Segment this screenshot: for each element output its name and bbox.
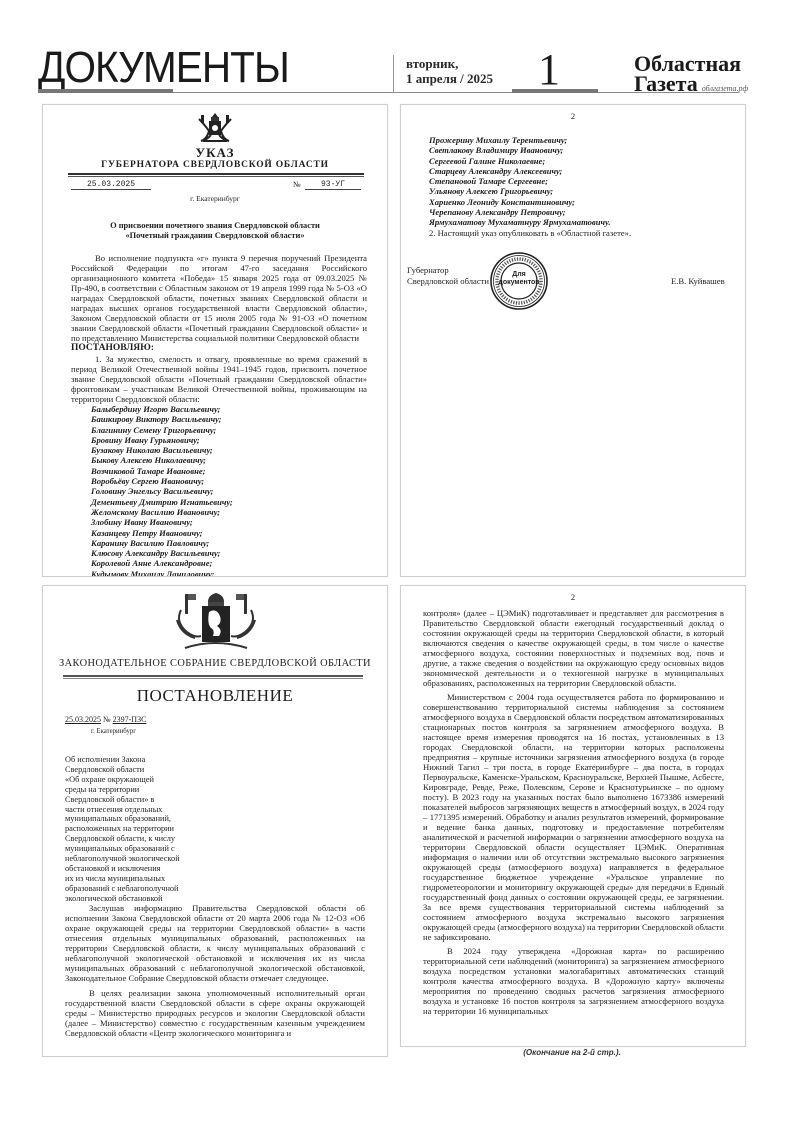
signer-title: Губернатор Свердловской области bbox=[407, 265, 489, 287]
postanovlenie-page-2: 2 контроля» (далее – ЦЭМиК) подготавлива… bbox=[400, 585, 746, 1047]
subject-line: муниципальных образований с bbox=[65, 844, 225, 854]
signer-title-line-1: Губернатор bbox=[407, 265, 489, 276]
honoree-name: Дементьеву Дмитрию Игнатьевичу; bbox=[91, 497, 367, 507]
item-2-paragraph: 2. Настоящий указ опубликовать в «Област… bbox=[429, 228, 729, 238]
document-date-number: 25.03.2025 № 2397-ПЗС bbox=[65, 715, 146, 724]
honoree-name: Каранину Василию Павловичу; bbox=[91, 538, 367, 548]
document-number: 93-УГ bbox=[305, 180, 361, 190]
brand-line-2: Газета bbox=[634, 71, 698, 96]
honoree-name: Балыбердину Игорю Васильевичу; bbox=[91, 404, 367, 414]
signer-name: Е.В. Куйвашев bbox=[671, 276, 725, 286]
coat-of-arms-icon bbox=[195, 111, 235, 145]
honoree-name: Черепанову Александру Петровичу; bbox=[429, 207, 729, 217]
subject-line: их из числа муниципальных bbox=[65, 874, 225, 884]
honoree-name: Сергеевой Галине Николаевне; bbox=[429, 156, 729, 166]
header-separator bbox=[393, 55, 394, 93]
document-number: 2397-ПЗС bbox=[113, 715, 147, 724]
document-date: 25.03.2025 bbox=[65, 715, 101, 724]
paragraph-continued: контроля» (далее – ЦЭМиК) подготавливает… bbox=[423, 608, 724, 688]
document-subject: Об исполнении ЗаконаСвердловской области… bbox=[65, 755, 225, 904]
page-number-label: 2 bbox=[401, 592, 745, 602]
preamble-paragraph: Во исполнение подпункта «г» пункта 9 пер… bbox=[71, 253, 367, 343]
honoree-name: Старцеву Александру Алексеевичу; bbox=[429, 166, 729, 176]
honoree-name: Светлакову Владимиру Ивановичу; bbox=[429, 145, 729, 155]
heading-line-2: «Почетный гражданин Свердловской области… bbox=[63, 231, 367, 241]
document-date: 25.03.2025 bbox=[71, 180, 151, 190]
header-rule-thin bbox=[63, 678, 363, 679]
honoree-name: Ярмухаматову Мухаматнуру Ярмухаматовичу. bbox=[429, 217, 729, 227]
subject-line: расположенных на территории bbox=[65, 824, 225, 834]
document-city: г. Екатеринбург bbox=[43, 194, 387, 203]
decree-word: ПОСТАНОВЛЯЮ: bbox=[71, 343, 367, 354]
issuer-title: ГУБЕРНАТОРА СВЕРДЛОВСКОЙ ОБЛАСТИ bbox=[43, 160, 387, 170]
coat-of-arms-icon bbox=[171, 590, 261, 654]
paragraph-1: Заслушав информацию Правительства Свердл… bbox=[65, 903, 365, 983]
document-city: г. Екатеринбург bbox=[91, 728, 136, 735]
document-number-label: № bbox=[293, 180, 301, 189]
honoree-name: Ульянову Алексею Григорьевичу; bbox=[429, 186, 729, 196]
stamp-text-line-1: Для bbox=[489, 271, 549, 279]
issue-weekday: вторник, bbox=[406, 56, 493, 71]
honoree-name: Головину Энгельсу Васильевичу; bbox=[91, 486, 367, 496]
signer-title-line-2: Свердловской области bbox=[407, 276, 489, 287]
ukaz-page-2: 2 Прожерину Михаилу Терентьевичу;Светлак… bbox=[400, 104, 746, 577]
page-number-underline bbox=[512, 89, 598, 93]
honoree-name: Степановой Тамаре Сергеевне; bbox=[429, 176, 729, 186]
header-double-rule-thin bbox=[68, 176, 364, 177]
honoree-name: Клюсову Александру Васильевичу; bbox=[91, 548, 367, 558]
header-rule bbox=[63, 675, 363, 677]
subject-line: Об исполнении Закона bbox=[65, 755, 225, 765]
heading-line-1: О присвоении почетного звания Свердловск… bbox=[63, 221, 367, 231]
honoree-name: Королевой Анне Александровне; bbox=[91, 558, 367, 568]
document-type-title: УКАЗ bbox=[43, 145, 387, 161]
issuer-title: ЗАКОНОДАТЕЛЬНОЕ СОБРАНИЕ СВЕРДЛОВСКОЙ ОБ… bbox=[43, 658, 387, 669]
honoree-name: Прожерину Михаилу Терентьевичу; bbox=[429, 135, 729, 145]
honoree-name: Возчиковой Тамаре Ивановне; bbox=[91, 466, 367, 476]
stamp-text-line-2: документов bbox=[489, 279, 549, 287]
document-number-label: № bbox=[103, 715, 111, 724]
ukaz-page-1: УКАЗ ГУБЕРНАТОРА СВЕРДЛОВСКОЙ ОБЛАСТИ 25… bbox=[42, 104, 388, 577]
brand-site-link[interactable]: облгазета.рф bbox=[702, 84, 748, 93]
subject-line: муниципальных образований, bbox=[65, 814, 225, 824]
header-double-rule bbox=[68, 173, 364, 175]
honoree-name: Башкирову Виктору Васильевичу; bbox=[91, 414, 367, 424]
page-number: 1 bbox=[538, 50, 560, 90]
honoree-name: Желомскому Василию Ивановичу; bbox=[91, 507, 367, 517]
document-type-title: ПОСТАНОВЛЕНИЕ bbox=[43, 686, 387, 706]
honoree-name: Воробьёву Сергею Ивановичу; bbox=[91, 476, 367, 486]
document-body: контроля» (далее – ЦЭМиК) подготавливает… bbox=[423, 608, 724, 1020]
honoree-name: Злобину Ивану Ивановичу; bbox=[91, 517, 367, 527]
document-heading: О присвоении почетного звания Свердловск… bbox=[63, 221, 367, 241]
issue-date: вторник, 1 апреля / 2025 bbox=[406, 56, 493, 86]
postanovlenie-page-1: ЗАКОНОДАТЕЛЬНОЕ СОБРАНИЕ СВЕРДЛОВСКОЙ ОБ… bbox=[42, 585, 388, 1057]
honoree-name: Хариенко Леониду Константиновичу; bbox=[429, 197, 729, 207]
document-body: Во исполнение подпункта «г» пункта 9 пер… bbox=[71, 253, 367, 577]
subject-line: обстановкой и исключения bbox=[65, 864, 225, 874]
paragraph-monitoring: Министерством с 2004 года осуществляется… bbox=[423, 692, 724, 942]
subject-line: Свердловской области bbox=[65, 765, 225, 775]
honoree-name: Кудымову Михаилу Даниловичу; bbox=[91, 569, 367, 577]
header-title-underline bbox=[38, 89, 173, 93]
document-body: Прожерину Михаилу Терентьевичу;Светлаков… bbox=[429, 135, 729, 238]
honoree-list-continued: Прожерину Михаилу Терентьевичу;Светлаков… bbox=[429, 135, 729, 228]
document-body: Заслушав информацию Правительства Свердл… bbox=[65, 903, 365, 1038]
subject-line: Свердловской области» в bbox=[65, 795, 225, 805]
honoree-name: Быкову Алексею Николаевичу; bbox=[91, 455, 367, 465]
honoree-name: Казанцеву Петру Ивановичу; bbox=[91, 528, 367, 538]
honoree-name: Благинину Семену Григорьевичу; bbox=[91, 425, 367, 435]
subject-line: «Об охране окружающей bbox=[65, 775, 225, 785]
issue-date-value: 1 апреля / 2025 bbox=[406, 71, 493, 86]
subject-line: образований с неблагополучной bbox=[65, 884, 225, 894]
section-title: ДОКУМЕНТЫ bbox=[38, 46, 289, 90]
honoree-name: Бровину Ивану Гурьяновичу; bbox=[91, 435, 367, 445]
honoree-name: Бузакову Николаю Васильевичу; bbox=[91, 445, 367, 455]
paragraph-2: В целях реализации закона уполномоченный… bbox=[65, 988, 365, 1038]
stamp-text: Для документов bbox=[489, 271, 549, 287]
subject-line: части отнесения отдельных bbox=[65, 805, 225, 815]
newspaper-logo[interactable]: Областная Газетаоблгазета.рф bbox=[634, 54, 748, 99]
subject-line: Свердловской области, к числу bbox=[65, 834, 225, 844]
continuation-note[interactable]: (Окончание на 2-й стр.). bbox=[400, 1048, 744, 1057]
item-1-paragraph: 1. За мужество, смелость и отвагу, прояв… bbox=[71, 354, 367, 404]
paragraph-roadmap: В 2024 году утверждена «Дорожная карта» … bbox=[423, 946, 724, 1016]
page-number-label: 2 bbox=[401, 111, 745, 121]
honoree-list: Балыбердину Игорю Васильевичу;Башкирову … bbox=[91, 404, 367, 577]
subject-line: неблагополучной экологической bbox=[65, 854, 225, 864]
subject-line: среды на территории bbox=[65, 785, 225, 795]
